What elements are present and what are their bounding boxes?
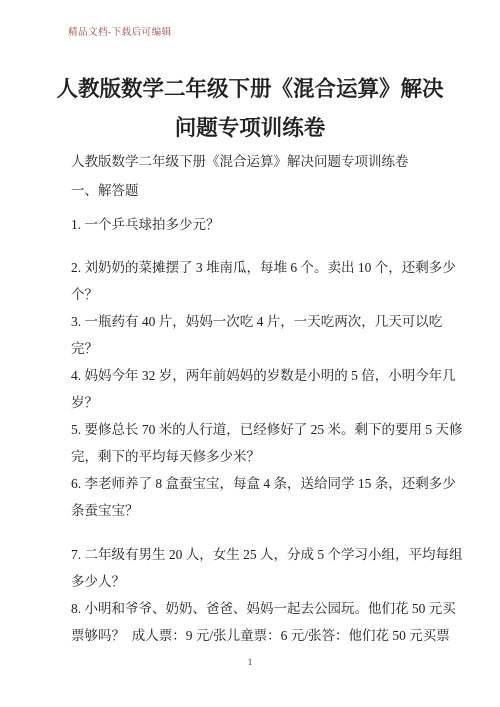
question-5: 5. 要修总长 70 米的人行道，已经修好了 25 米。剩下的要用 5 天修 完…	[71, 416, 464, 470]
document-title: 人教版数学二年级下册《混合运算》解决 问题专项训练卷	[0, 70, 500, 148]
question-4-line-1: 4. 妈妈今年 32 岁，两年前妈妈的岁数是小明的 5 倍，小明今年几	[71, 362, 464, 389]
question-2-line-1: 2. 刘奶奶的菜摊摆了 3 堆南瓜，每堆 6 个。卖出 10 个，还剩多少	[71, 254, 464, 281]
question-3: 3. 一瓶药有 40 片，妈妈一次吃 4 片，一天吃两次，几天可以吃 完？	[71, 308, 464, 362]
question-1: 1. 一个乒乓球拍多少元？	[71, 211, 464, 238]
question-2-line-2: 个？	[71, 281, 464, 308]
question-list: 1. 一个乒乓球拍多少元？ 2. 刘奶奶的菜摊摆了 3 堆南瓜，每堆 6 个。卖…	[71, 211, 464, 649]
question-1-line-1: 1. 一个乒乓球拍多少元？	[71, 211, 464, 238]
question-3-line-1: 3. 一瓶药有 40 片，妈妈一次吃 4 片，一天吃两次，几天可以吃	[71, 308, 464, 335]
question-3-line-2: 完？	[71, 335, 464, 362]
document-title-line-2: 问题专项训练卷	[0, 109, 500, 148]
document-page: 精品文档-下载后可编辑 人教版数学二年级下册《混合运算》解决 问题专项训练卷 人…	[0, 0, 500, 707]
question-7-line-1: 7. 二年级有男生 20 人，女生 25 人，分成 5 个学习小组，平均每组	[71, 541, 464, 568]
watermark-note: 精品文档-下载后可编辑	[68, 27, 172, 40]
question-6: 6. 李老师养了 8 盒蚕宝宝，每盒 4 条，送给同学 15 条，还剩多少 条蚕…	[71, 470, 464, 524]
question-8-line-1: 8. 小明和爷爷、奶奶、爸爸、妈妈一起去公园玩。他们花 50 元买	[71, 595, 464, 622]
question-6-line-2: 条蚕宝宝？	[71, 497, 464, 524]
question-5-line-2: 完，剩下的平均每天修多少米？	[71, 443, 464, 470]
document-subtitle: 人教版数学二年级下册《混合运算》解决问题专项训练卷	[71, 153, 409, 171]
question-4-line-2: 岁？	[71, 389, 464, 416]
page-number: 1	[0, 658, 500, 668]
question-7: 7. 二年级有男生 20 人，女生 25 人，分成 5 个学习小组，平均每组 多…	[71, 541, 464, 595]
question-8-line-2: 票够吗？ 成人票：9 元/张儿童票：6 元/张答：他们花 50 元买票	[71, 622, 464, 649]
section-heading: 一、解答题	[71, 182, 139, 200]
question-4: 4. 妈妈今年 32 岁，两年前妈妈的岁数是小明的 5 倍，小明今年几 岁？	[71, 362, 464, 416]
question-5-line-1: 5. 要修总长 70 米的人行道，已经修好了 25 米。剩下的要用 5 天修	[71, 416, 464, 443]
question-7-line-2: 多少人？	[71, 568, 464, 595]
question-6-line-1: 6. 李老师养了 8 盒蚕宝宝，每盒 4 条，送给同学 15 条，还剩多少	[71, 470, 464, 497]
question-8: 8. 小明和爷爷、奶奶、爸爸、妈妈一起去公园玩。他们花 50 元买 票够吗？ 成…	[71, 595, 464, 649]
question-2: 2. 刘奶奶的菜摊摆了 3 堆南瓜，每堆 6 个。卖出 10 个，还剩多少 个？	[71, 254, 464, 308]
document-title-line-1: 人教版数学二年级下册《混合运算》解决	[0, 70, 500, 109]
